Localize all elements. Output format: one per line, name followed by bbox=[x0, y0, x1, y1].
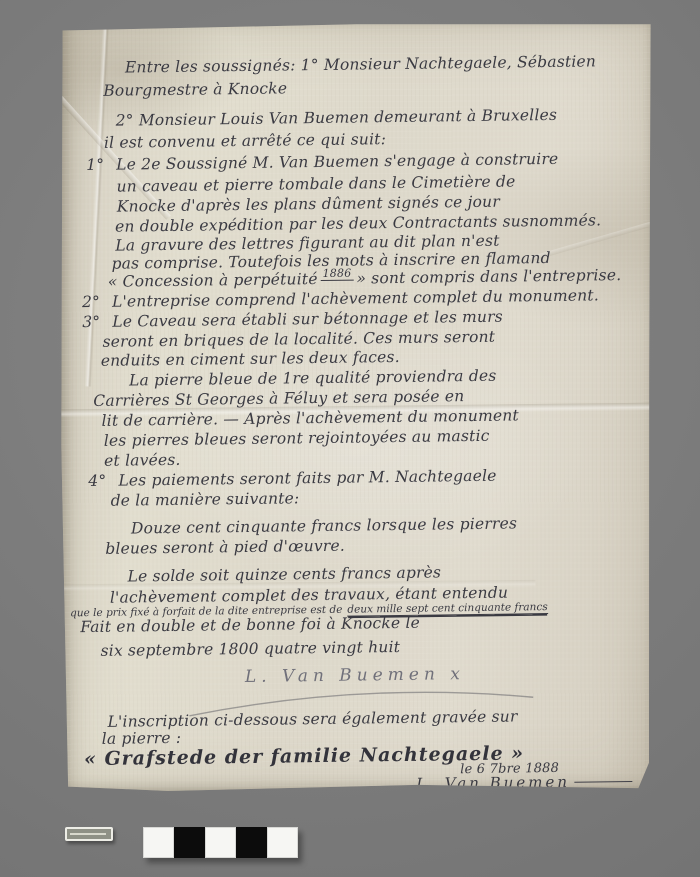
clause-number: 2° bbox=[82, 295, 100, 311]
clause-number: 4° bbox=[88, 474, 106, 490]
manuscript-line: il est convenu et arrêté ce qui suit: bbox=[104, 132, 386, 151]
manuscript-line: L'inscription ci-dessous sera également … bbox=[107, 709, 517, 730]
clause-text: Le 2e Soussigné M. Van Buemen s'engage à… bbox=[116, 150, 558, 174]
manuscript-line: 4°Les paiements seront faits par M. Nach… bbox=[88, 469, 496, 490]
clause-text: « Concession à perpétuité bbox=[108, 270, 318, 291]
manuscript-line: Fait en double et de bonne foi à Knocke … bbox=[80, 616, 420, 636]
manuscript-line: Douze cent cinquante francs lorsque les … bbox=[131, 516, 517, 537]
photo-background: Entre les soussignés: 1° Monsieur Nachte… bbox=[0, 0, 700, 877]
manuscript-line: la pierre : bbox=[102, 731, 182, 748]
manuscript-line: enduits en ciment sur les deux faces. bbox=[101, 350, 400, 369]
manuscript-line: un caveau et pierre tombale dans le Cime… bbox=[116, 174, 515, 195]
signature-flourish bbox=[574, 780, 632, 783]
calibration-checker-bar bbox=[143, 827, 298, 858]
manuscript-line: Bourgmestre à Knocke bbox=[103, 81, 287, 99]
manuscript-line: Knocke d'après les plans dûment signés c… bbox=[117, 195, 500, 216]
manuscript-line: de la manière suivante: bbox=[111, 491, 300, 509]
manuscript-line: 2°L'entreprise comprend l'achèvement com… bbox=[82, 288, 599, 310]
manuscript-line: Carrières St Georges à Féluy et sera pos… bbox=[93, 389, 464, 409]
clause-text: L'entreprise comprend l'achèvement compl… bbox=[112, 286, 599, 310]
manuscript-line: 1°Le 2e Soussigné M. Van Buemen s'engage… bbox=[86, 152, 558, 174]
manuscript-line: bleues seront à pied d'œuvre. bbox=[105, 539, 345, 558]
manuscript-line: seront en briques de la localité. Ces mu… bbox=[102, 330, 495, 351]
calibration-square bbox=[143, 827, 174, 858]
clause-number: 3° bbox=[82, 315, 100, 331]
manuscript-line: en double expédition par les deux Contra… bbox=[115, 213, 601, 235]
manuscript-line: Le solde soit quinze cents francs après bbox=[128, 565, 442, 585]
signature-van-buemen: L. Van Buemen x bbox=[245, 666, 465, 686]
calibration-square bbox=[174, 827, 205, 858]
clause-text: » sont compris dans l'entreprise. bbox=[356, 266, 621, 287]
manuscript-line: Entre les soussignés: 1° Monsieur Nachte… bbox=[125, 54, 596, 76]
calibration-square bbox=[236, 827, 267, 858]
scale-marker-line bbox=[70, 833, 106, 835]
manuscript-text: Entre les soussignés: 1° Monsieur Nachte… bbox=[58, 16, 662, 794]
manuscript-line: les pierres bleues seront rejointoyées a… bbox=[104, 429, 490, 450]
calibration-square bbox=[267, 827, 298, 858]
clause-text: Les paiements seront faits par M. Nachte… bbox=[118, 467, 496, 490]
manuscript-line: six septembre 1800 quatre vingt huit bbox=[100, 640, 400, 659]
manuscript-document: Entre les soussignés: 1° Monsieur Nachte… bbox=[59, 21, 655, 793]
manuscript-line: La pierre bleue de 1re qualité proviendr… bbox=[129, 369, 497, 389]
grafstede-inscription: « Grafstede der familie Nachtegaele » bbox=[84, 744, 524, 769]
scale-marker bbox=[65, 827, 113, 841]
manuscript-line: et lavées. bbox=[104, 453, 181, 470]
clause-number: 1° bbox=[86, 158, 104, 174]
signature-text: L. Van Buemen bbox=[416, 773, 570, 793]
signature-van-buemen-bottom: L. Van Buemen bbox=[416, 774, 632, 792]
calibration-square bbox=[205, 827, 236, 858]
clause-text: Le Caveau sera établi sur bétonnage et l… bbox=[112, 308, 503, 331]
manuscript-line: 2° Monsieur Louis Van Buemen demeurant à… bbox=[116, 108, 558, 129]
inserted-year: 1886 bbox=[320, 267, 353, 281]
